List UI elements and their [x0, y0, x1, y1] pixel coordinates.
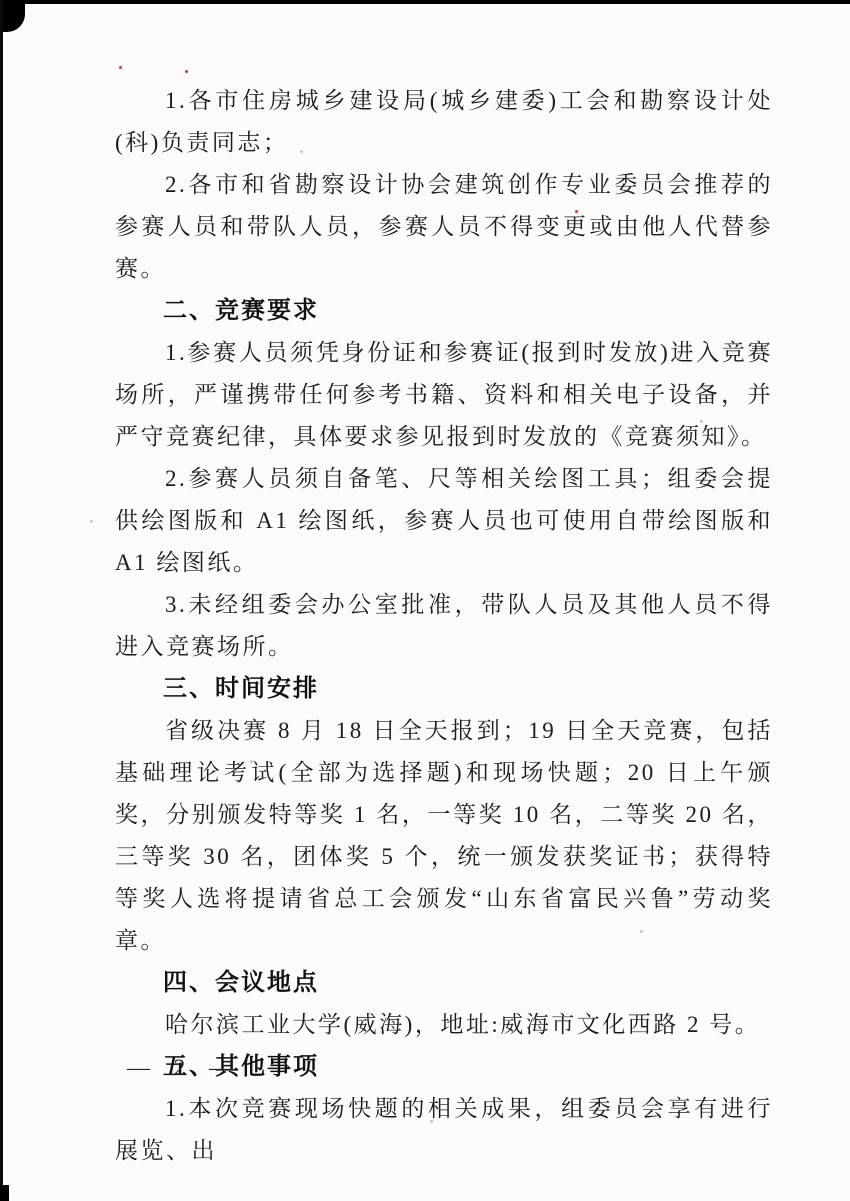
paragraph-8: 1.本次竞赛现场快题的相关成果，组委员会享有进行展览、出	[115, 1088, 773, 1172]
scan-edge-top	[0, 0, 850, 4]
paragraph-4: 2.参赛人员须自备笔、尺等相关绘图工具；组委会提供绘图版和 A1 绘图纸，参赛人…	[115, 458, 773, 584]
scanned-document-page: 1.各市住房城乡建设局(城乡建委)工会和勘察设计处(科)负责同志； 2.各市和省…	[0, 0, 850, 1201]
scan-speckle-red	[119, 66, 122, 69]
paragraph-7: 哈尔滨工业大学(威海)，地址:威海市文化西路 2 号。	[115, 1004, 773, 1046]
scan-speckle-red	[185, 70, 188, 73]
section-heading-4: 四、会议地点	[115, 962, 773, 1004]
scan-edge-left	[0, 0, 3, 1201]
scan-mark-bottom-left	[0, 1185, 9, 1201]
paragraph-5: 3.未经组委会办公室批准，带队人员及其他人员不得进入竞赛场所。	[115, 584, 773, 668]
scan-corner-top-left	[0, 0, 25, 32]
scan-speckle	[90, 520, 93, 523]
section-heading-2: 二、竞赛要求	[115, 290, 773, 332]
page-number: — 2 —	[127, 1055, 241, 1081]
paragraph-3: 1.参赛人员须凭身份证和参赛证(报到时发放)进入竞赛场所，严谨携带任何参考书籍、…	[115, 332, 773, 458]
paragraph-2: 2.各市和省勘察设计协会建筑创作专业委员会推荐的参赛人员和带队人员，参赛人员不得…	[115, 164, 773, 290]
paragraph-1: 1.各市住房城乡建设局(城乡建委)工会和勘察设计处(科)负责同志；	[115, 80, 773, 164]
document-body: 1.各市住房城乡建设局(城乡建委)工会和勘察设计处(科)负责同志； 2.各市和省…	[115, 80, 773, 1172]
paragraph-6: 省级决赛 8 月 18 日全天报到；19 日全天竞赛，包括基础理论考试(全部为选…	[115, 710, 773, 962]
section-heading-3: 三、时间安排	[115, 668, 773, 710]
